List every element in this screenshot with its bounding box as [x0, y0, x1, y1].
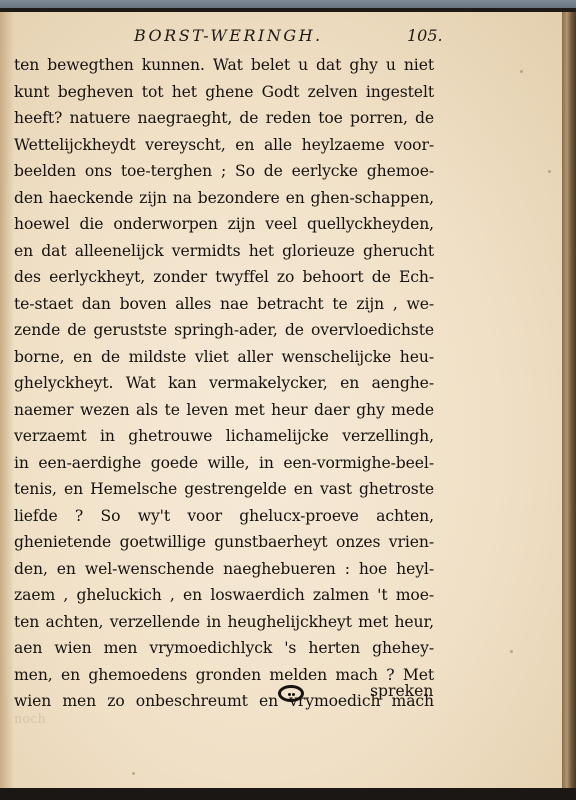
text-line: ten achten, verzellende in heughelijckhe… — [14, 609, 434, 636]
paper-speck — [510, 650, 513, 653]
text-line: den haeckende zijn na bezondere en ghen-… — [14, 185, 434, 212]
bleed-through-text: noch — [14, 712, 46, 727]
text-line: ten bewegthen kunnen. Wat belet u dat gh… — [14, 52, 434, 79]
text-line: ghelyckheyt. Wat kan vermakelycker, en a… — [14, 370, 434, 397]
text-line: verzaemt in ghetrouwe lichamelijcke verz… — [14, 423, 434, 450]
text-line: tenis, en Hemelsche gestrengelde en vast… — [14, 476, 434, 503]
text-line: Wettelijckheydt vereyscht, en alle heylz… — [14, 132, 434, 159]
text-line: den, en wel-wenschende naeghebueren : ho… — [14, 556, 434, 583]
text-line: zende de gerustste springh-ader, de over… — [14, 317, 434, 344]
running-title: BORST-WERINGH. — [134, 26, 323, 45]
text-line: aen wien men vrymoedichlyck 's herten gh… — [14, 635, 434, 662]
page-footer-row: spreken — [0, 682, 576, 708]
text-line: ghenietende goetwillige gunstbaerheyt on… — [14, 529, 434, 556]
book-fore-edge — [562, 12, 576, 790]
paper-speck — [520, 70, 523, 73]
catchword: spreken — [370, 682, 433, 700]
text-line: heeft? natuere naegraeght, de reden toe … — [14, 105, 434, 132]
text-line: beelden ons toe-terghen ; So de eerlycke… — [14, 158, 434, 185]
text-line: en dat alleenelijck vermidts het glorieu… — [14, 238, 434, 265]
paper-speck — [132, 772, 135, 775]
text-line: kunt begheven tot het ghene Godt zelven … — [14, 79, 434, 106]
page-gutter-shade — [0, 12, 14, 790]
text-line: naemer wezen als te leven met heur daer … — [14, 397, 434, 424]
text-line: borne, en de mildste vliet aller wensche… — [14, 344, 434, 371]
page-bottom-edge — [0, 788, 576, 800]
text-line: liefde ? So wy't voor ghelucx-proeve ach… — [14, 503, 434, 530]
paper-speck — [548, 170, 551, 173]
text-line: te-staet dan boven alles nae betracht te… — [14, 291, 434, 318]
text-line: hoewel die onderworpen zijn veel quellyc… — [14, 211, 434, 238]
cartouche-ornament-icon — [278, 685, 304, 702]
page-number: 105. — [407, 26, 443, 45]
body-text: ten bewegthen kunnen. Wat belet u dat gh… — [14, 52, 434, 715]
text-line: des eerlyckheyt, zonder twyffel zo behoo… — [14, 264, 434, 291]
page-header: BORST-WERINGH. 105. — [0, 26, 576, 50]
text-line: zaem , gheluckich , en loswaerdich zalme… — [14, 582, 434, 609]
text-line: in een-aerdighe goede wille, in een-vorm… — [14, 450, 434, 477]
